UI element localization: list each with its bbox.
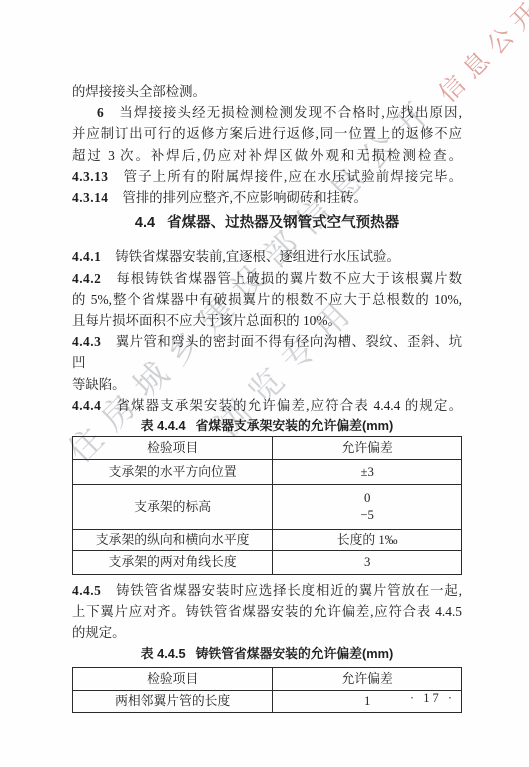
clause-number: 4.4.2: [72, 271, 101, 286]
document-page: 住房城乡建设部信息公开 浏览专用 信息公开 的焊接接头全部检测。 6当焊接接头经…: [0, 0, 529, 767]
clause-text: 当焊接接头经无损检测检测发现不合格时,应找出原因,: [118, 105, 462, 120]
table-row: 两相邻翼片管的长度 1: [73, 691, 462, 713]
table-cell-value: ±3: [273, 460, 462, 485]
table-cell-item: 支承架的两对角线长度: [73, 551, 273, 575]
clause-4-3-13: 4.3.13管子上所有的附属焊接件,应在水压试验前焊接完毕。: [72, 166, 462, 187]
clause-text: 每根铸铁省煤器管上破损的翼片数不应大于该根翼片数: [115, 271, 462, 286]
clause-number: 6: [97, 105, 104, 120]
clause-line: 的规定。: [72, 622, 462, 643]
clause-text: 省煤器支承架安装的允许偏差,应符合表 4.4.4 的规定。: [115, 398, 462, 413]
clause-line: 且每片损坏面积不应大于该片总面积的 10%。: [72, 310, 462, 331]
table-header-item: 检验项目: [73, 668, 273, 691]
clause-line: 并应制订出可行的返修方案后进行返修,同一位置上的返修不应: [72, 123, 462, 144]
table-row: 支承架的两对角线长度 3: [73, 551, 462, 575]
table-cell-item: 支承架的水平方向位置: [73, 460, 273, 485]
clause-4-3-14: 4.3.14管排的排列应整齐,不应影响砌砖和挂砖。: [72, 187, 462, 208]
clause-line: 4.4.3翼片管和弯头的密封面不得有径向沟槽、裂纹、歪斜、坑凹: [72, 331, 462, 373]
clause-4-4-2: 4.4.2每根铸铁省煤器管上破损的翼片数不应大于该根翼片数 的 5%,整个省煤器…: [72, 268, 462, 332]
clause-line: 4.3.13管子上所有的附属焊接件,应在水压试验前焊接完毕。: [72, 166, 462, 187]
clause-text: 铸铁省煤器安装前,宜逐根、逐组进行水压试验。: [115, 249, 400, 264]
table-header-value: 允许偏差: [273, 437, 462, 460]
clause-line: 4.4.2每根铸铁省煤器管上破损的翼片数不应大于该根翼片数: [72, 268, 462, 289]
section-title: 省煤器、过热器及钢管式空气预热器: [167, 215, 399, 231]
table-header-value: 允许偏差: [273, 668, 462, 691]
clause-6: 6当焊接接头经无损检测检测发现不合格时,应找出原因, 并应制订出可行的返修方案后…: [72, 102, 462, 166]
clause-number: 4.4.4: [72, 398, 101, 413]
clause-line: 4.4.4省煤器支承架安装的允许偏差,应符合表 4.4.4 的规定。: [72, 395, 462, 416]
clause-text: 管排的排列应整齐,不应影响砌砖和挂砖。: [122, 190, 366, 205]
clause-text: 管子上所有的附属焊接件,应在水压试验前焊接完毕。: [122, 169, 462, 184]
clause-line: 4.3.14管排的排列应整齐,不应影响砌砖和挂砖。: [72, 187, 462, 208]
clause-text: 翼片管和弯头的密封面不得有径向沟槽、裂纹、歪斜、坑凹: [72, 334, 462, 370]
table-cell-item: 支承架的标高: [73, 485, 273, 530]
table-cell-value: 3: [273, 551, 462, 575]
text-line: 的焊接接头全部检测。: [72, 81, 462, 102]
clause-4-4-4: 4.4.4省煤器支承架安装的允许偏差,应符合表 4.4.4 的规定。: [72, 395, 462, 416]
clause-number: 4.4.1: [72, 249, 101, 264]
table-row: 支承架的水平方向位置 ±3: [73, 460, 462, 485]
table-row: 支承架的标高 0 −5: [73, 485, 462, 530]
table-header-row: 检验项目 允许偏差: [73, 668, 462, 691]
table-caption-445: 表 4.4.5铸铁管省煤器安装的允许偏差(mm): [72, 644, 462, 663]
clause-4-4-3: 4.4.3翼片管和弯头的密封面不得有径向沟槽、裂纹、歪斜、坑凹 等缺陷。: [72, 331, 462, 395]
table-caption-title: 铸铁管省煤器安装的允许偏差(mm): [196, 646, 394, 661]
table-row: 支承架的纵向和横向水平度 长度的 1‰: [73, 530, 462, 551]
clause-number: 4.3.13: [72, 169, 108, 184]
clause-number: 4.3.14: [72, 190, 108, 205]
table-caption-label: 表 4.4.4: [141, 418, 186, 433]
section-heading: 4.4省煤器、过热器及钢管式空气预热器: [72, 213, 462, 234]
table-cell-value: 长度的 1‰: [273, 530, 462, 551]
table-caption-444: 表 4.4.4省煤器支承架安装的允许偏差(mm): [72, 416, 462, 435]
table-cell-item: 两相邻翼片管的长度: [73, 691, 273, 713]
table-cell-item: 支承架的纵向和横向水平度: [73, 530, 273, 551]
page-content: 的焊接接头全部检测。 6当焊接接头经无损检测检测发现不合格时,应找出原因, 并应…: [72, 81, 462, 713]
table-caption-label: 表 4.4.5: [141, 646, 186, 661]
clause-line: 等缺陷。: [72, 374, 462, 395]
clause-number: 4.4.3: [72, 334, 101, 349]
clause-4-4-5: 4.4.5铸铁管省煤器安装时应选择长度相近的翼片管放在一起, 上下翼片应对齐。铸…: [72, 580, 462, 644]
paragraph-continuation: 的焊接接头全部检测。: [72, 81, 462, 102]
table-header-item: 检验项目: [73, 437, 273, 460]
clause-line: 6当焊接接头经无损检测检测发现不合格时,应找出原因,: [72, 102, 462, 123]
clause-line: 的 5%,整个省煤器中有破损翼片的根数不应大于总根数的 10%,: [72, 289, 462, 310]
table-caption-title: 省煤器支承架安装的允许偏差(mm): [196, 418, 394, 433]
clause-text: 铸铁管省煤器安装时应选择长度相近的翼片管放在一起,: [115, 583, 462, 598]
clause-line: 4.4.1铸铁省煤器安装前,宜逐根、逐组进行水压试验。: [72, 246, 462, 267]
spec-table-445: 检验项目 允许偏差 两相邻翼片管的长度 1: [72, 667, 462, 713]
section-number: 4.4: [135, 215, 155, 231]
clause-number: 4.4.5: [72, 583, 101, 598]
spec-table-444: 检验项目 允许偏差 支承架的水平方向位置 ±3 支承架的标高 0 −5 支承架的…: [72, 436, 462, 575]
table-header-row: 检验项目 允许偏差: [73, 437, 462, 460]
clause-line: 超过 3 次。补焊后,仍应对补焊区做外观和无损检测检查。: [72, 145, 462, 166]
clause-line: 4.4.5铸铁管省煤器安装时应选择长度相近的翼片管放在一起,: [72, 580, 462, 601]
page-number: · 17 ·: [410, 691, 455, 706]
table-cell-value: 0 −5: [273, 485, 462, 530]
clause-4-4-1: 4.4.1铸铁省煤器安装前,宜逐根、逐组进行水压试验。: [72, 246, 462, 267]
clause-line: 上下翼片应对齐。铸铁管省煤器安装的允许偏差,应符合表 4.4.5: [72, 601, 462, 622]
